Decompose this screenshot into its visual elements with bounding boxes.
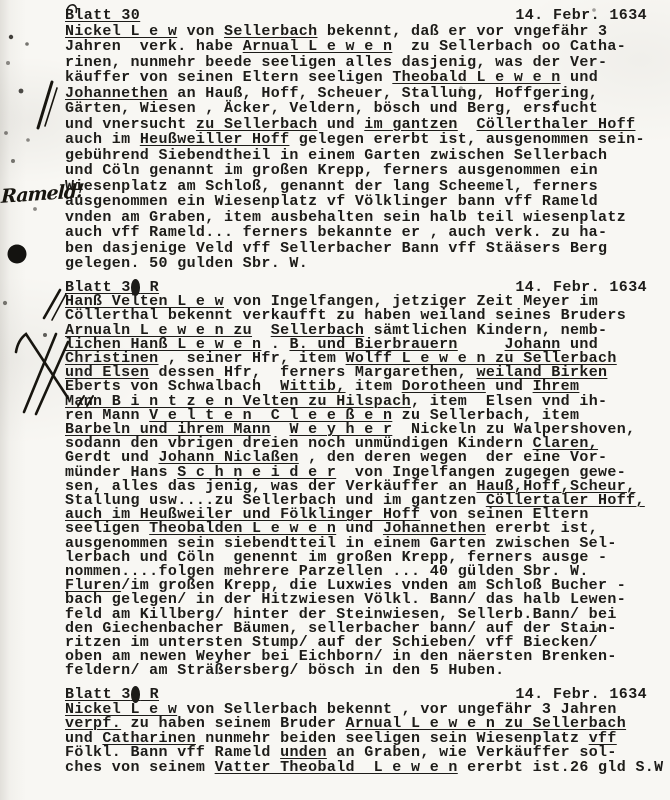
record-date: 14. Febr. 1634 [515, 8, 647, 24]
text-segment: zu Sellerbach [196, 116, 318, 133]
text-line: und vnersucht zu Sellerbach und im gantz… [65, 117, 647, 133]
text-line: gebührend Siebendtheil in einem Garten z… [65, 148, 647, 164]
text-segment: Gärten, Wiesen , Äcker, Veldern, bösch u… [65, 100, 551, 117]
text-line: auch im Heußweiller Hoff gelegen ererbt … [65, 132, 647, 148]
text-segment: Nickel L e w [65, 23, 177, 40]
text-line: vnden am Graben, item ausbehalten sein h… [65, 210, 647, 226]
text-segment: gelegen. 50 gulden Sbr. W. [65, 255, 308, 272]
text-segment: auch vff Rameld... ferners bekannte er ,… [65, 224, 607, 241]
text-line: rinen, nunmehr beede seeligen alles dasj… [65, 55, 647, 71]
text-segment: Johannethen [65, 85, 168, 102]
text-segment: f [551, 100, 560, 117]
text-segment: ben dasjenige Veld vff Sellerbacher Bann… [65, 240, 607, 257]
text-segment: gelegen ererbt ist, ausgenommen sein- [289, 131, 644, 148]
text-line: Jahren verk. habe Arnual L e w e n zu Se… [65, 39, 647, 55]
text-segment: gebührend Siebendtheil in einem Garten z… [65, 147, 607, 164]
text-segment: auch im [65, 131, 140, 148]
text-segment: und [561, 69, 598, 86]
text-line: feldern/ am Sträßersberg/ bösch in den 5… [65, 664, 647, 678]
text-segment: rinen, nunmehr beede seeligen alles dasj… [65, 54, 607, 71]
text-segment: und vnersucht [65, 116, 196, 133]
text-segment: Blatt 30 [65, 7, 140, 24]
text-segment: ausgenommen ein Wiesenplatz vf Völklinge… [65, 193, 598, 210]
text-segment: vnden am Graben, item ausbehalten sein h… [65, 209, 626, 226]
record-section: Blatt 3014. Febr. 1634Nickel L e w von S… [65, 8, 647, 272]
record-section: Blatt 30 R14. Febr. 1634Hanß Velten L e … [65, 281, 647, 679]
record-section: Blatt 30 R14. Febr. 1634Nickel L e w von… [65, 688, 647, 776]
text-line: ches von seinem Vatter Theobald L e w e … [65, 761, 647, 776]
text-segment: Heußweiller Hoff [140, 131, 290, 148]
document-body: Blatt 3014. Febr. 1634Nickel L e w von S… [0, 0, 670, 800]
text-segment: Sellerbach [224, 23, 318, 40]
text-segment: feldern/ am Sträßersberg/ bösch in den 5… [65, 662, 505, 679]
text-segment: Theobald L e w e n [392, 69, 560, 86]
text-segment: ucht [561, 100, 598, 117]
text-segment: Wiesenplatz am Schloß, genannt der lang … [65, 178, 598, 195]
text-segment: Vatter Theobald L e w e n [215, 759, 458, 776]
text-segment: bekennt, daß er vor vngefähr 3 [318, 23, 608, 40]
text-line: gelegen. 50 gulden Sbr. W. [65, 256, 647, 272]
text-line: käuffer von seinen Eltern seeligen Theob… [65, 70, 647, 86]
text-segment [458, 116, 477, 133]
text-segment: von [177, 23, 224, 40]
text-segment: Cöllerthaler Hoff [476, 116, 635, 133]
text-segment: und Cöln genannt im großen Krepp, ferner… [65, 162, 598, 179]
text-line: Nickel L e w von Sellerbach bekennt, daß… [65, 24, 647, 40]
text-segment: Jahren verk. habe [65, 38, 243, 55]
text-segment: ererbt ist.26 gld S.W [458, 759, 664, 776]
text-line: ausgenommen ein Wiesenplatz vf Völklinge… [65, 194, 647, 210]
text-line: auch vff Rameld... ferners bekannte er ,… [65, 225, 647, 241]
text-segment: im gantzen [364, 116, 458, 133]
text-line: Gärten, Wiesen , Äcker, Veldern, bösch u… [65, 101, 647, 117]
text-segment: ches von seinem [65, 759, 215, 776]
text-segment: und [318, 116, 365, 133]
text-line: und Cöln genannt im großen Krepp, ferner… [65, 163, 647, 179]
text-segment: zu Sellerbach oo Catha- [392, 38, 626, 55]
text-segment: Arnual L e w e n [243, 38, 393, 55]
text-segment: käuffer von seinen Eltern seeligen [65, 69, 392, 86]
text-line: ben dasjenige Veld vff Sellerbacher Bann… [65, 241, 647, 257]
text-segment: an Hauß, Hoff, Scheuer, Stallung, Hoffge… [168, 85, 598, 102]
blatt-heading: Blatt 30 [65, 8, 140, 24]
paper-specks [0, 0, 2, 2]
text-line: Wiesenplatz am Schloß, genannt der lang … [65, 179, 647, 195]
